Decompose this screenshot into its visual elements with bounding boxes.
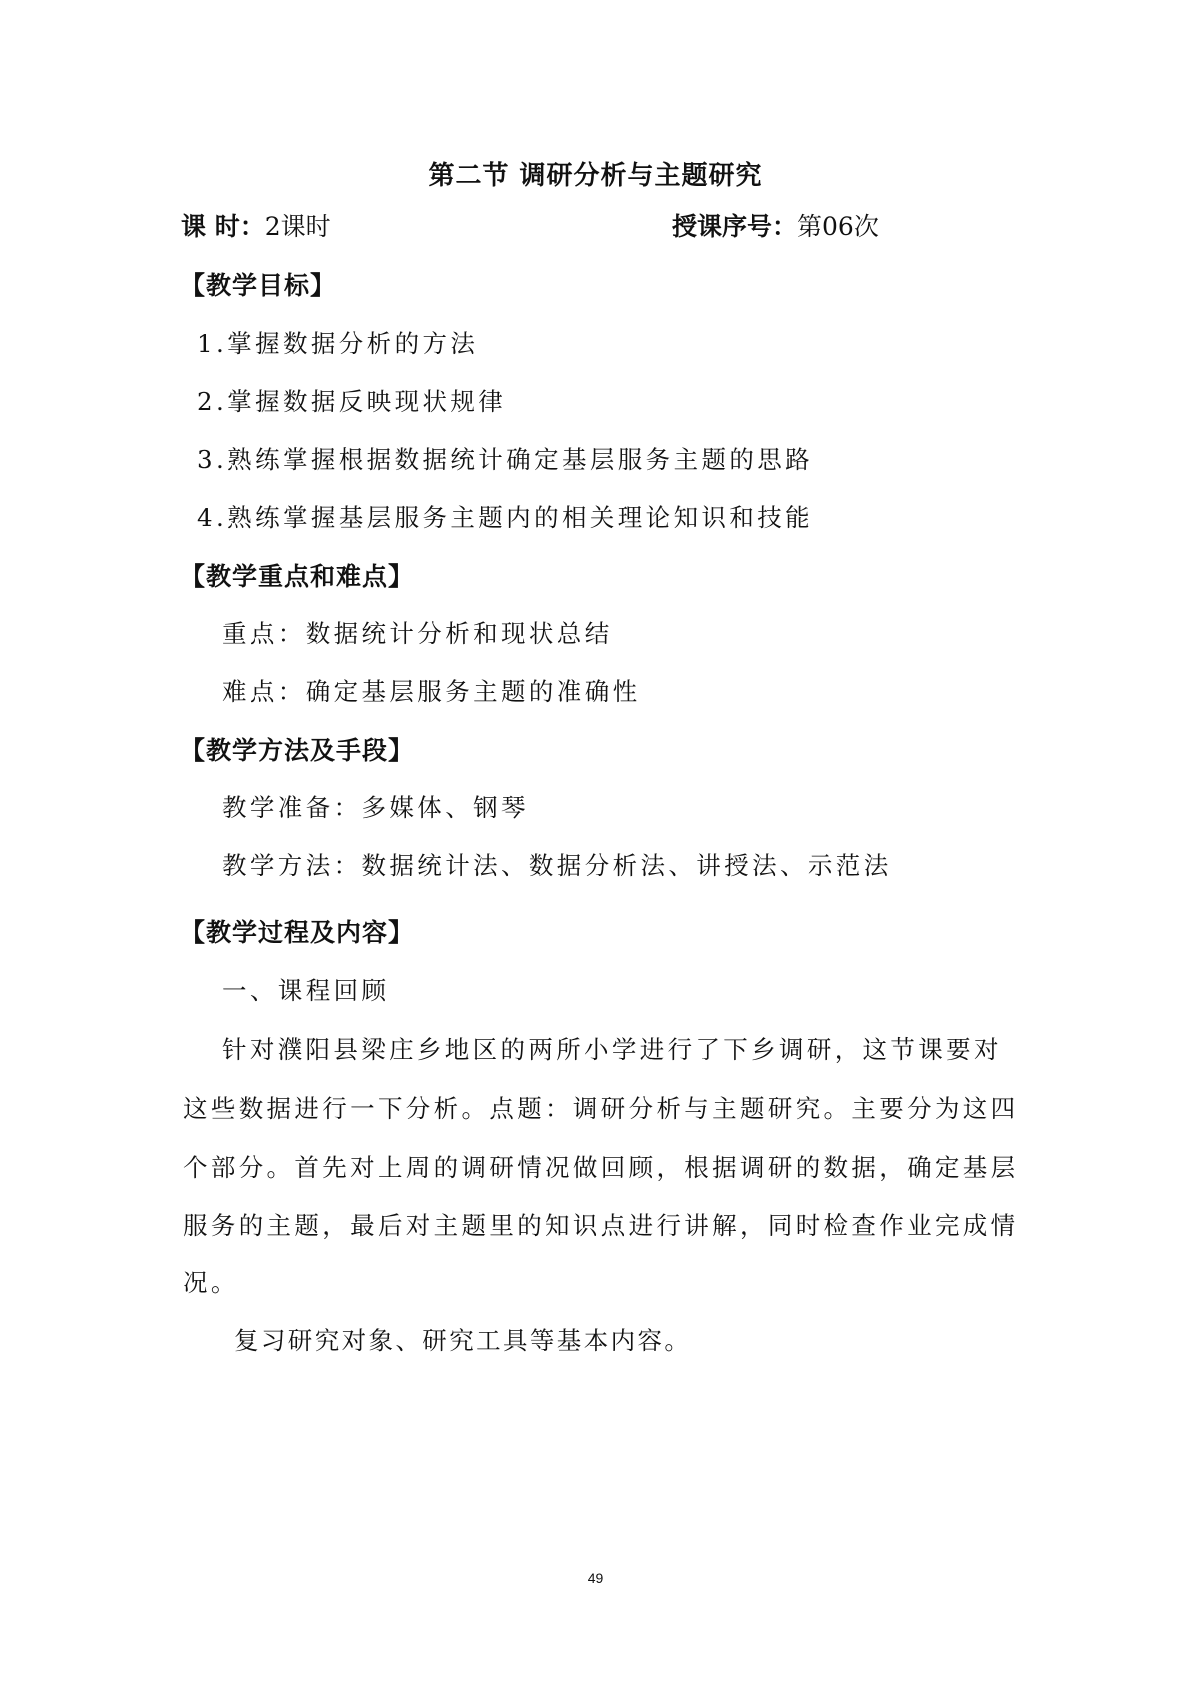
paragraph-line: 针对濮阳县梁庄乡地区的两所小学进行了下乡调研，这节课要对: [222, 1031, 1002, 1066]
section-heading-methods: 【教学方法及手段】: [180, 731, 414, 767]
paragraph-line: 个部分。首先对上周的调研情况做回顾，根据调研的数据，确定基层: [183, 1149, 1019, 1184]
process-subheading: 一、课程回顾: [222, 972, 389, 1007]
lesson-order-value: 第06次: [797, 212, 879, 241]
objective-item: 1.掌握数据分析的方法: [197, 325, 478, 360]
method-item: 教学方法：数据统计法、数据分析法、讲授法、示范法: [222, 847, 892, 882]
lesson-order: 授课序号：第06次: [672, 207, 879, 243]
paragraph-line: 服务的主题，最后对主题里的知识点进行讲解，同时检查作业完成情: [183, 1207, 1019, 1242]
class-hours-value: 2课时: [265, 212, 331, 241]
section-heading-process: 【教学过程及内容】: [180, 913, 414, 949]
objective-item: 2.掌握数据反映现状规律: [197, 383, 506, 418]
class-hours-label: 课 时：: [181, 212, 265, 241]
section-heading-key-points: 【教学重点和难点】: [180, 557, 414, 593]
difficulty-item: 难点：确定基层服务主题的准确性: [222, 673, 641, 708]
paragraph-line: 这些数据进行一下分析。点题：调研分析与主题研究。主要分为这四: [183, 1090, 1019, 1125]
paragraph-line: 况。: [183, 1264, 239, 1299]
key-point-item: 重点：数据统计分析和现状总结: [222, 615, 613, 650]
objective-item: 4.熟练掌握基层服务主题内的相关理论知识和技能: [197, 499, 813, 534]
lesson-order-label: 授课序号：: [672, 212, 797, 241]
objective-item: 3.熟练掌握根据数据统计确定基层服务主题的思路: [197, 441, 813, 476]
review-note: 复习研究对象、研究工具等基本内容。: [234, 1322, 691, 1357]
method-item: 教学准备：多媒体、钢琴: [222, 789, 529, 824]
class-hours: 课 时：2课时: [181, 207, 331, 243]
page-number: 49: [0, 1570, 1191, 1586]
document-page: 第二节 调研分析与主题研究 课 时：2课时 授课序号：第06次 【教学目标】 1…: [0, 0, 1191, 1684]
page-title: 第二节 调研分析与主题研究: [0, 155, 1191, 192]
section-heading-objectives: 【教学目标】: [180, 266, 336, 302]
